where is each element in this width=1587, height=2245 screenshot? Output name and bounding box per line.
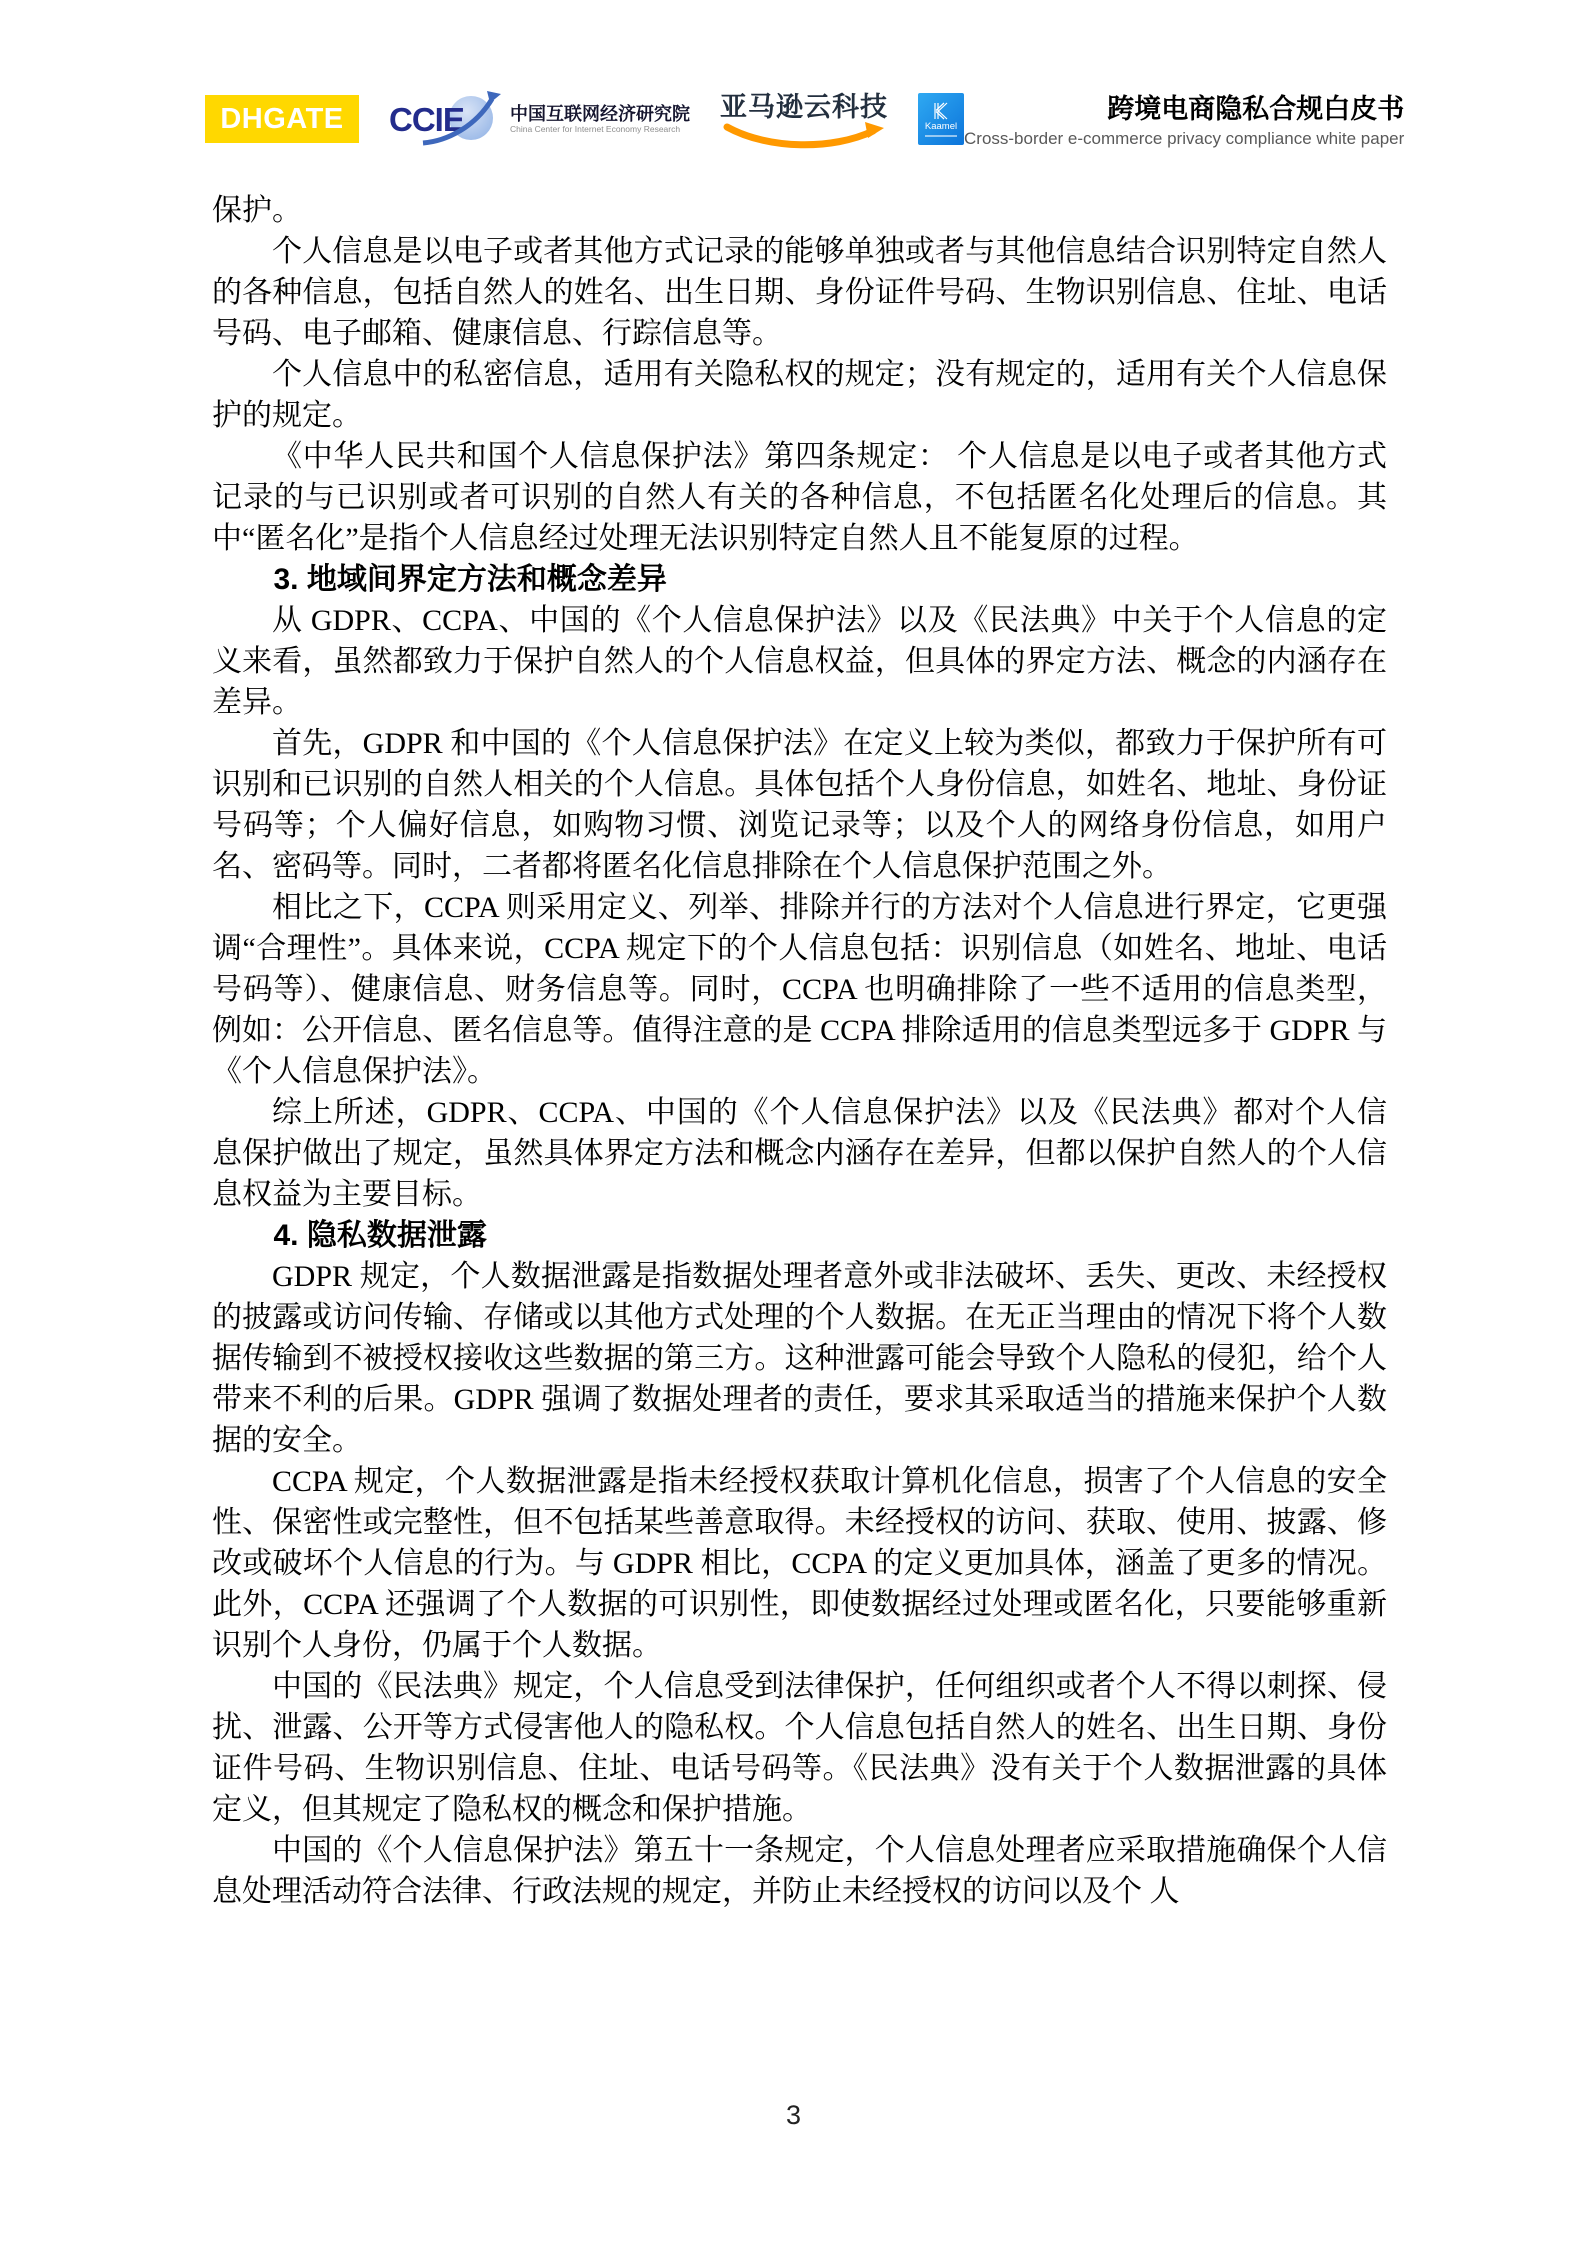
partner-logos: DHGATE CCIE xyxy=(205,86,964,152)
body-paragraph: 相比之下，CCPA 则采用定义、列举、排除并行的方法对个人信息进行界定，它更强调… xyxy=(212,887,1387,1092)
aws-logo: 亚马逊云科技 xyxy=(720,92,888,152)
body-paragraph: 综上所述，GDPR、CCPA、中国的《个人信息保护法》以及《民法典》都对个人信息… xyxy=(212,1092,1387,1215)
page-header: DHGATE CCIE xyxy=(205,86,1389,150)
section-heading: 3. 地域间界定方法和概念差异 xyxy=(212,559,1387,600)
kaamel-logo: Kaamel xyxy=(918,93,964,145)
document-title-en: Cross-border e-commerce privacy complian… xyxy=(964,129,1404,148)
body-paragraph: 首先，GDPR 和中国的《个人信息保护法》在定义上较为类似，都致力于保护所有可识… xyxy=(212,723,1387,887)
dhgate-logo-text: DHGATE xyxy=(220,103,343,136)
kaamel-tagline xyxy=(925,135,957,137)
page-number: 3 xyxy=(786,2100,801,2130)
kaamel-logo-text: Kaamel xyxy=(925,122,957,132)
aws-smile-icon xyxy=(721,122,887,152)
aws-logo-text: 亚马逊云科技 xyxy=(720,92,888,122)
document-page: DHGATE CCIE xyxy=(0,0,1587,2245)
document-body: 保护。个人信息是以电子或者其他方式记录的能够单独或者与其他信息结合识别特定自然人… xyxy=(212,190,1387,1912)
ccie-name-zh: 中国互联网经济研究院 xyxy=(510,104,690,124)
document-title-zh: 跨境电商隐私合规白皮书 xyxy=(964,94,1404,124)
ccie-name-en: China Center for Internet Economy Resear… xyxy=(510,124,690,135)
body-paragraph: 《中华人民共和国个人信息保护法》第四条规定： 个人信息是以电子或者其他方式记录的… xyxy=(212,436,1387,559)
ccie-name: 中国互联网经济研究院 China Center for Internet Eco… xyxy=(510,104,690,135)
body-paragraph: CCPA 规定，个人数据泄露是指未经授权获取计算机化信息，损害了个人信息的安全性… xyxy=(212,1461,1387,1666)
page-footer: 3 xyxy=(0,2100,1587,2131)
dhgate-logo: DHGATE xyxy=(205,95,359,143)
body-paragraph: 保护。 xyxy=(212,190,1387,231)
ccie-globe-icon: CCIE xyxy=(389,91,501,147)
kaamel-k-icon xyxy=(931,101,951,121)
body-paragraph: 从 GDPR、CCPA、中国的《个人信息保护法》以及《民法典》中关于个人信息的定… xyxy=(212,600,1387,723)
body-paragraph: 个人信息中的私密信息，适用有关隐私权的规定；没有规定的，适用有关个人信息保护的规… xyxy=(212,354,1387,436)
header-titles: 跨境电商隐私合规白皮书 Cross-border e-commerce priv… xyxy=(964,86,1404,148)
body-paragraph: 中国的《个人信息保护法》第五十一条规定，个人信息处理者应采取措施确保个人信息处理… xyxy=(212,1830,1387,1912)
body-paragraph: GDPR 规定，个人数据泄露是指数据处理者意外或非法破坏、丢失、更改、未经授权的… xyxy=(212,1256,1387,1461)
ccie-logo: CCIE 中国互联网经济研究院 China Center for Interne… xyxy=(389,91,690,147)
section-heading: 4. 隐私数据泄露 xyxy=(212,1215,1387,1256)
body-paragraph: 个人信息是以电子或者其他方式记录的能够单独或者与其他信息结合识别特定自然人的各种… xyxy=(212,231,1387,354)
body-paragraph: 中国的《民法典》规定，个人信息受到法律保护，任何组织或者个人不得以刺探、侵扰、泄… xyxy=(212,1666,1387,1830)
